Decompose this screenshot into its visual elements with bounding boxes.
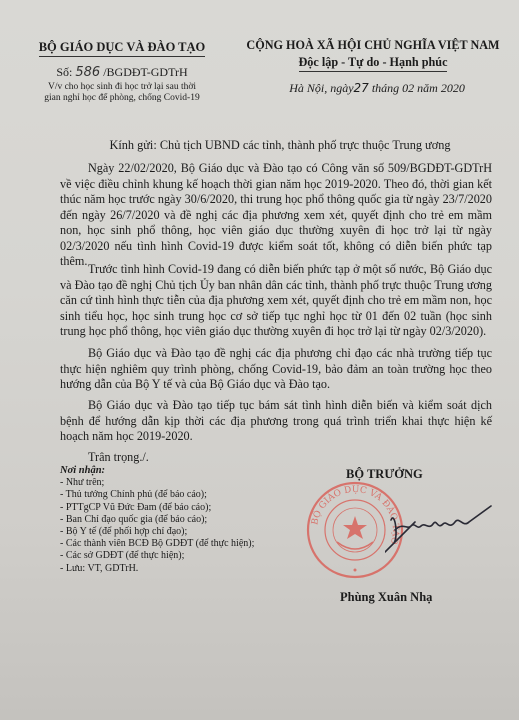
- signer-name: Phùng Xuân Nhạ: [340, 590, 432, 605]
- ministry-name: BỘ GIÁO DỤC VÀ ĐÀO TẠO: [39, 40, 206, 57]
- body-paragraph-3: Bộ Giáo dục và Đào tạo đề nghị các địa p…: [60, 346, 492, 393]
- recipient-item: - PTTgCP Vũ Đức Đam (để báo cáo);: [60, 502, 254, 514]
- republic-title: CỘNG HOÀ XÃ HỘI CHỦ NGHĨA VIỆT NAM: [228, 38, 518, 53]
- national-motto: Độc lập - Tự do - Hạnh phúc: [299, 55, 448, 72]
- body-paragraph-2: Trước tình hình Covid-19 đang có diễn bi…: [60, 262, 492, 340]
- recipient-item: - Như trên;: [60, 477, 254, 489]
- handwritten-day: 27: [354, 81, 369, 95]
- document-number: Số: 586 /BGDĐT-GDTrH: [22, 65, 222, 80]
- recipients-title: Nơi nhận:: [60, 465, 254, 477]
- signature-icon: [385, 500, 495, 555]
- handwritten-number: 586: [75, 65, 100, 80]
- issuer-header: BỘ GIÁO DỤC VÀ ĐÀO TẠO Số: 586 /BGDĐT-GD…: [22, 38, 222, 104]
- body-paragraph-4: Bộ Giáo dục và Đào tạo tiếp tục bám sát …: [60, 398, 492, 445]
- recipient-item: - Ban Chỉ đạo quốc gia (để báo cáo);: [60, 514, 254, 526]
- addressee-line: Kính gửi: Chủ tịch UBND các tỉnh, thành …: [60, 138, 500, 153]
- closing-line: Trân trọng./.: [88, 450, 149, 465]
- recipient-item: - Thủ tướng Chính phủ (để báo cáo);: [60, 489, 254, 501]
- recipient-item: - Bộ Y tế (để phối hợp chỉ đạo);: [60, 526, 254, 538]
- recipient-item: - Các thành viên BCĐ Bộ GDĐT (để thực hi…: [60, 538, 254, 550]
- document-page: BỘ GIÁO DỤC VÀ ĐÀO TẠO Số: 586 /BGDĐT-GD…: [0, 0, 519, 720]
- body-paragraph-1: Ngày 22/02/2020, Bộ Giáo dục và Đào tạo …: [60, 161, 492, 270]
- recipients-list: Nơi nhận: - Như trên; - Thủ tướng Chính …: [60, 465, 254, 575]
- recipient-item: - Các sở GDĐT (để thực hiện);: [60, 550, 254, 562]
- dateline: Hà Nội, ngày27 tháng 02 năm 2020: [236, 81, 518, 96]
- recipient-item: - Lưu: VT, GDTrH.: [60, 563, 254, 575]
- subject-line: V/v cho học sinh đi học trở lại sau thời…: [22, 82, 222, 104]
- national-header: CỘNG HOÀ XÃ HỘI CHỦ NGHĨA VIỆT NAM Độc l…: [228, 38, 518, 96]
